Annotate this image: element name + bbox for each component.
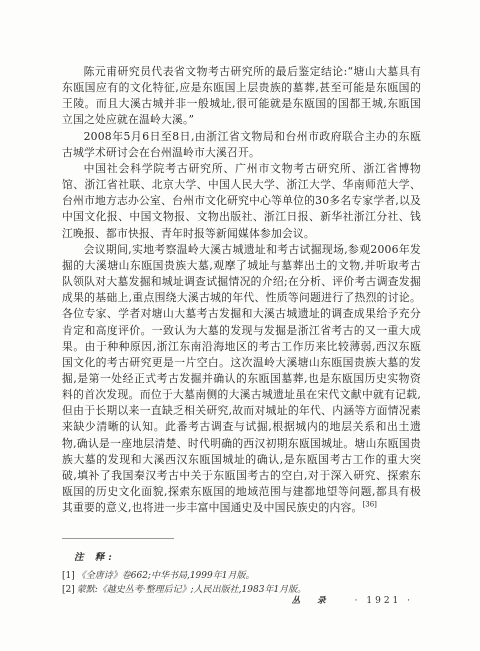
paragraph: 陈元甫研究员代表省文物考古研究所的最后鉴定结论:“塘山大墓具有东瓯国应有的文化特… xyxy=(62,64,421,129)
footnote-text: 《全唐诗》卷662;中华书局,1999年1月版。 xyxy=(77,571,255,581)
footnote-text: 蒙默:《越史丛考·整理后记》;人民出版社,1983年1月版。 xyxy=(77,585,306,595)
scanned-book-page: 陈元甫研究员代表省文物考古研究所的最后鉴定结论:“塘山大墓具有东瓯国应有的文化特… xyxy=(0,0,480,651)
footnotes-heading: 注 释: xyxy=(74,549,421,563)
footnote-marker: [2] xyxy=(62,585,75,595)
footnote-reference-superscript: [36] xyxy=(363,501,377,509)
footnote-separator-rule xyxy=(62,538,174,539)
paragraph-text: 会议期间,实地考察温岭大溪古城遗址和考古试掘现场,参观2006年发掘的大溪塘山东… xyxy=(62,243,421,515)
footer-page-number: · 1921 · xyxy=(355,596,413,606)
footer-section-title: 丛 录 xyxy=(292,594,333,606)
body-text-block: 陈元甫研究员代表省文物考古研究所的最后鉴定结论:“塘山大墓具有东瓯国应有的文化特… xyxy=(62,64,421,516)
paragraph: 中国社会科学院考古研究所、广州市文物考古研究所、浙江省博物馆、浙江省社联、北京大… xyxy=(62,161,421,242)
paragraph: 2008年5月6日至8日,由浙江省文物局和台州市政府联合主办的东瓯古城学术研讨会… xyxy=(62,129,421,161)
paragraph: 会议期间,实地考察温岭大溪古城遗址和考古试掘现场,参观2006年发掘的大溪塘山东… xyxy=(62,242,421,517)
footnotes-block: 注 释: [1]《全唐诗》卷662;中华书局,1999年1月版。 [2]蒙默:《… xyxy=(62,549,421,597)
page-footer: 丛 录 · 1921 · xyxy=(292,594,413,606)
footnote-item: [1]《全唐诗》卷662;中华书局,1999年1月版。 xyxy=(62,570,421,584)
footnote-marker: [1] xyxy=(62,571,75,581)
